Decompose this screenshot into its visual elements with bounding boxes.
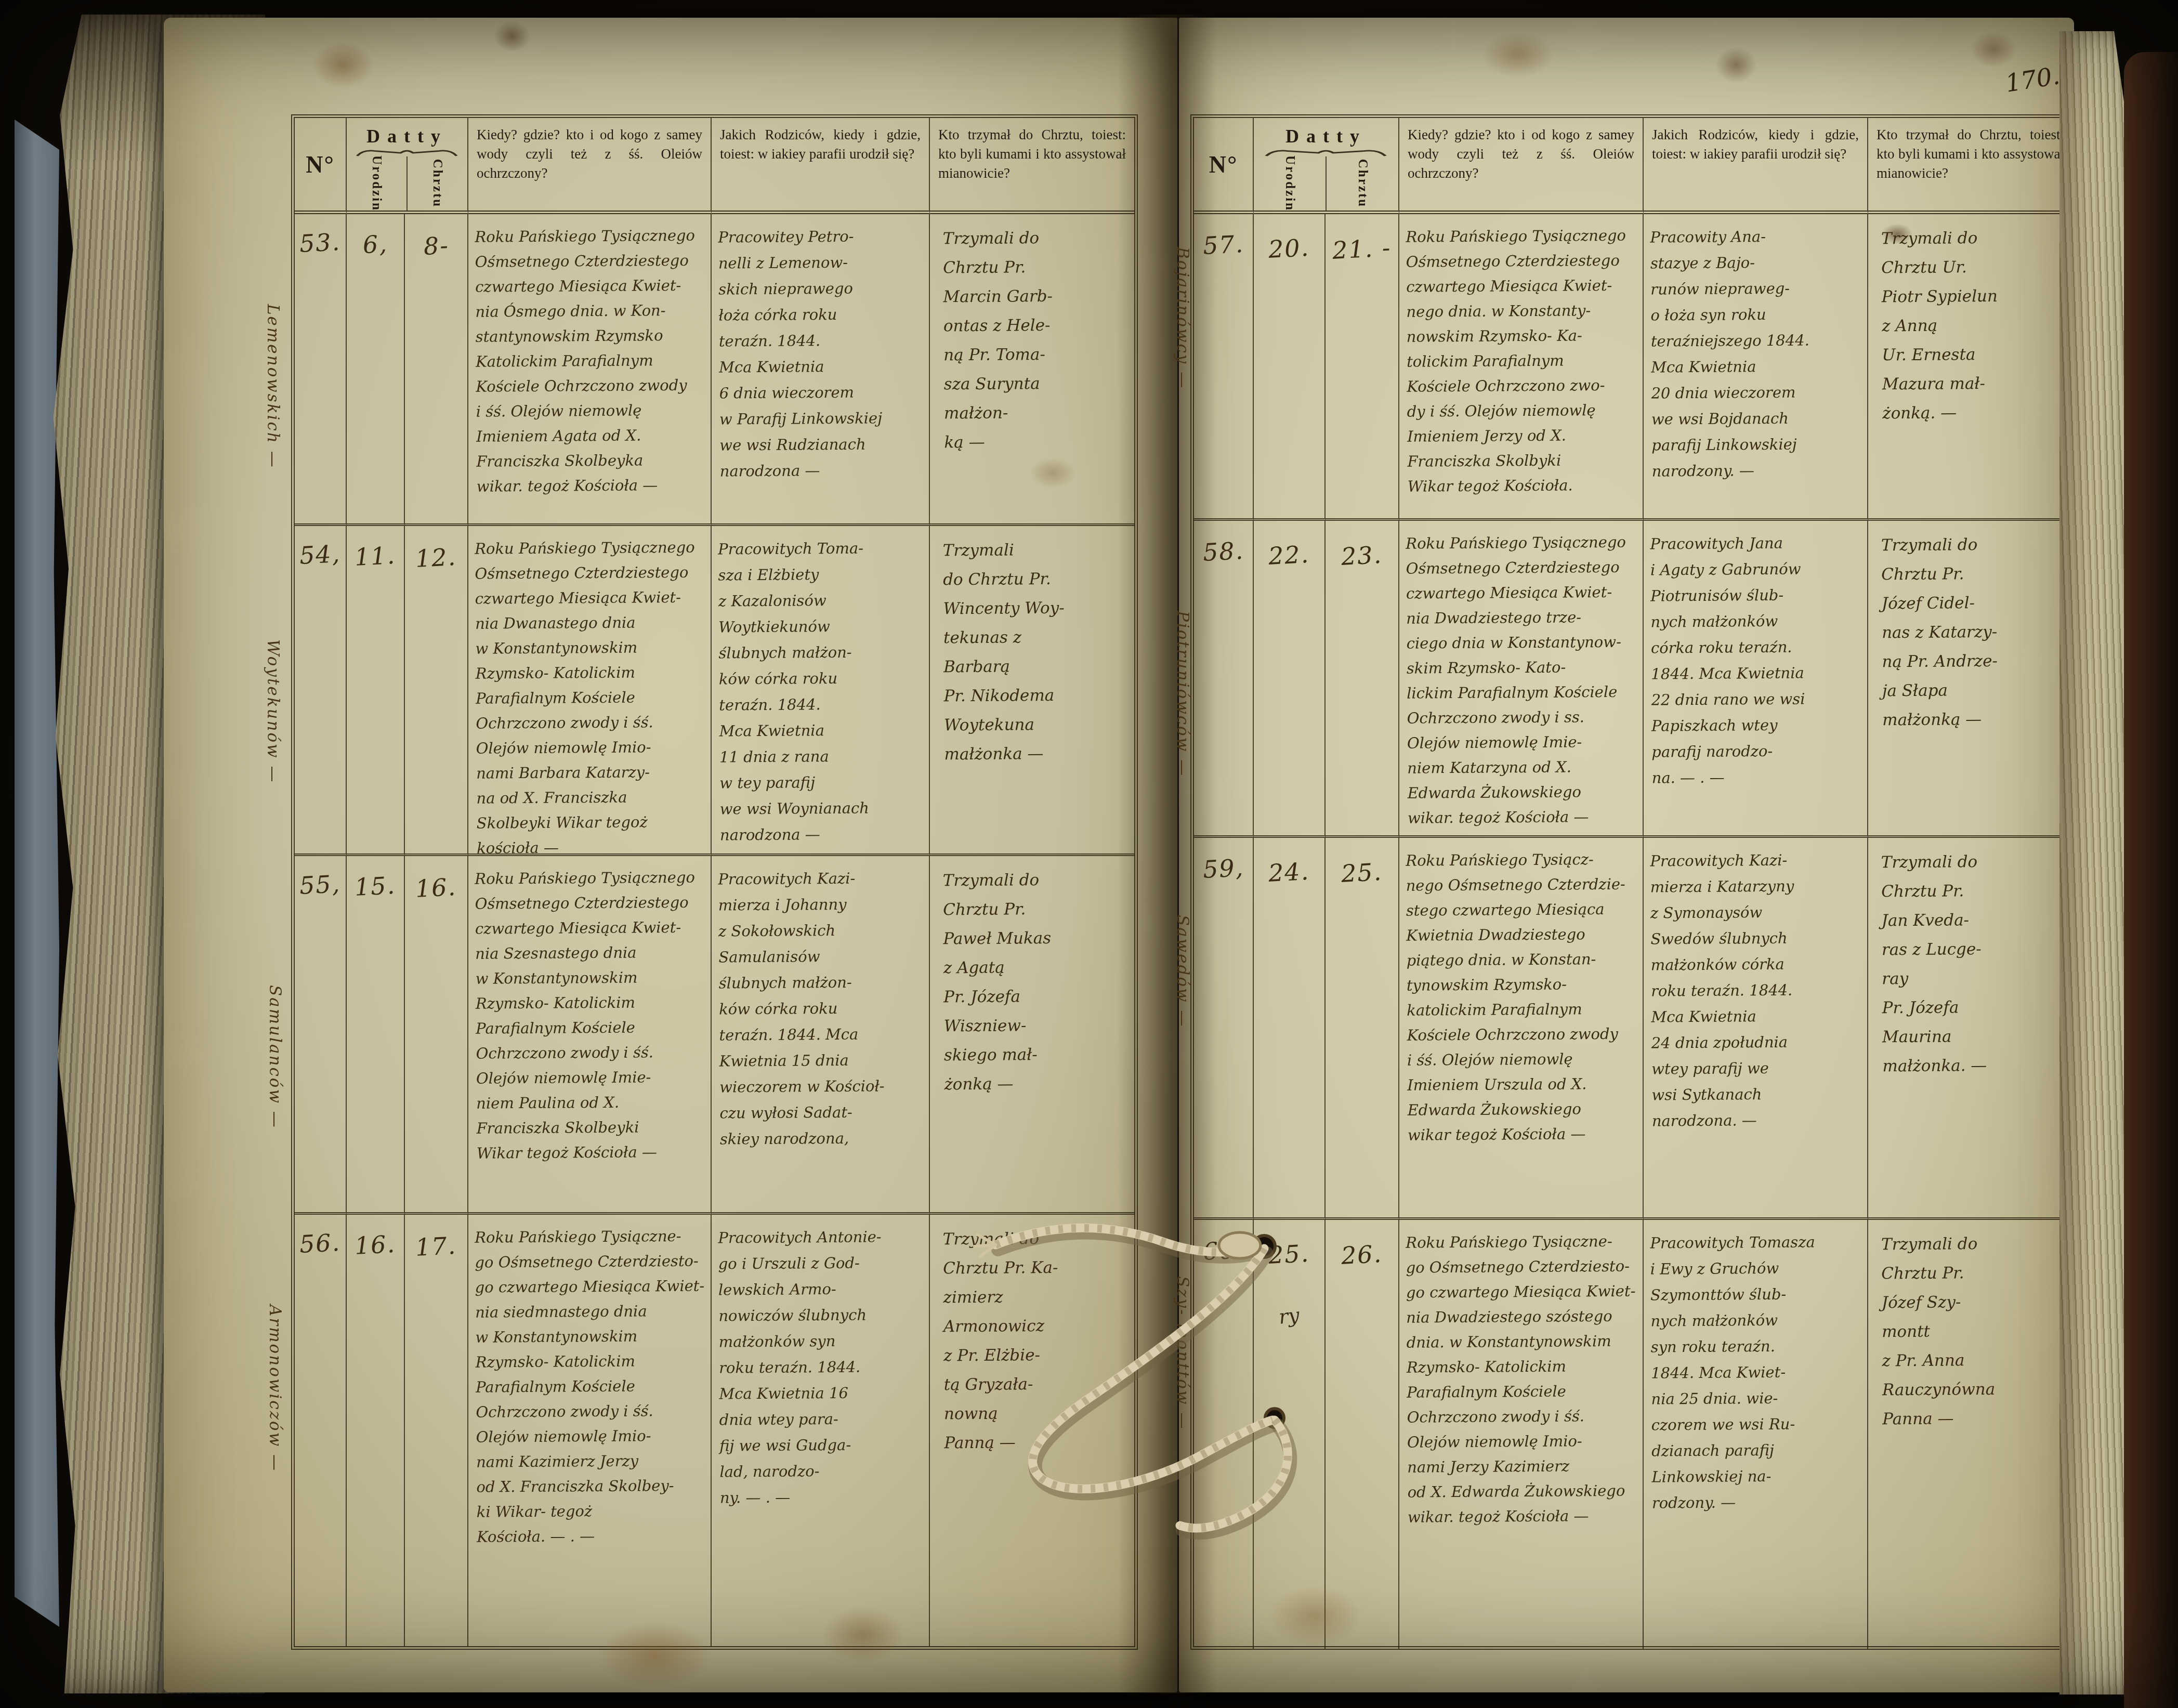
entry-60-birth-date: 25. <box>1268 1239 1310 1269</box>
entry-60-parents-text: Pracowitych Tomasza i Ewy z Gruchów Szym… <box>1643 1219 1886 1516</box>
entry-59-parents-text: Pracowitych Kazi- mierza i Katarzyny z S… <box>1643 837 1886 1134</box>
entry-59-baptism-cell: 25. <box>1326 838 1399 1220</box>
entry-53-baptism-cell: 8- <box>405 214 468 526</box>
entry-59-godparents-record: Trzymali do Chrztu Pr. Jan Kveda- ras z … <box>1868 838 2072 1220</box>
entry-60-baptism-cell: 26. <box>1326 1220 1399 1649</box>
entry-55-parents-text: Pracowitych Kazi- mierza i Johanny z Sok… <box>711 855 948 1152</box>
entry-55-number: 55, <box>299 870 342 900</box>
entry-56-number: 56. <box>299 1228 342 1258</box>
column-header-number-right: N° <box>1194 118 1254 214</box>
baptism-table-left: N° Datty Urodzin Chrztu Kiedy? gdzie? kt… <box>291 114 1138 1650</box>
entry-58-parents-record: Pracowitych Jana i Agaty z Gabrunów Piot… <box>1644 521 1868 838</box>
register-book-scan: N° Datty Urodzin Chrztu Kiedy? gdzie? kt… <box>0 0 2178 1708</box>
entry-58-baptism-text: Roku Pańskiego Tysiącznego Ośmsetnego Cz… <box>1398 520 1663 831</box>
dates-subcolumns-right: Urodzin Chrztu <box>1254 156 1398 211</box>
entry-58-number: 58. <box>1202 536 1245 567</box>
entry-57-parents-text: Pracowity Ana- stazye z Bajo- runów niep… <box>1643 213 1886 484</box>
entry-60-number: 60. <box>1202 1236 1245 1266</box>
column-header-baptism-right: Kiedy? gdzie? kto i od kogo z samey wody… <box>1399 118 1644 214</box>
entry-54-margin-note: Woytekunów — <box>264 639 282 784</box>
entry-56-number-cell: 56. <box>295 1215 347 1646</box>
entry-53-godparents-text: Trzymali do Chrztu Pr. Marcin Garb- onta… <box>929 213 1159 457</box>
entry-57-parents-record: Pracowity Ana- stazye z Bajo- runów niep… <box>1644 214 1868 521</box>
book-cover-edge <box>2124 52 2178 1708</box>
entry-53-parents-record: Pracowitey Petro- nelli z Lemenow- skich… <box>712 214 930 526</box>
entry-56-parents-text: Pracowitych Antonie- go i Urszuli z God-… <box>711 1214 948 1510</box>
entry-53-baptism-date: 8- <box>423 231 450 260</box>
entry-57-margin-note: Bojarinówcy — <box>1173 247 1192 389</box>
entry-54-birth-date: 11. <box>354 541 397 571</box>
entry-53-godparents-record: Trzymali do Chrztu Pr. Marcin Garb- onta… <box>930 214 1134 526</box>
entry-54-parents-record: Pracowitych Toma- sza i Elżbiety z Kazal… <box>712 526 930 856</box>
entry-59-number-cell: 59, <box>1194 838 1254 1220</box>
entry-59-margin-note: Sawedów — <box>1173 915 1192 1028</box>
entry-56-margin-note: Armonowiczów — <box>266 1305 284 1472</box>
entry-57-birth-date: 20. <box>1268 233 1310 264</box>
column-header-parents: Jakich Rodziców, kiedy i gdzie, toiest: … <box>712 118 930 214</box>
entry-54-baptism-date: 12. <box>415 543 457 573</box>
entry-53-margin-note: Lemenowskich — <box>264 304 282 469</box>
entry-56-baptism-date: 17. <box>415 1231 457 1262</box>
entry-54-godparents-record: Trzymali do Chrztu Pr. Wincenty Woy- tek… <box>930 526 1134 856</box>
entry-58-margin-note: Piotruniówców — <box>1173 611 1192 777</box>
entry-54-baptism-record: Roku Pańskiego Tysiącznego Ośmsetnego Cz… <box>468 526 712 856</box>
entry-55-baptism-date: 16. <box>415 873 457 903</box>
entry-59-birth-cell: 24. <box>1254 838 1326 1220</box>
entry-53-parents-text: Pracowitey Petro- nelli z Lemenow- skich… <box>711 213 948 484</box>
entry-56-baptism-text: Roku Pańskiego Tysiączne- go Ośmsetnego … <box>467 1214 731 1549</box>
entry-56-godparents-text: Trzymali do Chrztu Pr. Ka- zimierz Armon… <box>929 1214 1159 1457</box>
baptism-table-right: N° Datty Urodzin Chrztu Kiedy? gdzie? kt… <box>1190 114 2076 1650</box>
entry-57-godparents-record: Trzymali do Chrztu Ur. Piotr Sypielun z … <box>1868 214 2072 521</box>
entry-57-baptism-record: Roku Pańskiego Tysiącznego Ośmsetnego Cz… <box>1399 214 1644 521</box>
entry-60-margin-note: Szy- monttów — <box>1173 1276 1192 1430</box>
baptism-date-subheader-right: Chrztu <box>1326 156 1398 211</box>
entry-60-birth-cell: 25.ry <box>1254 1220 1326 1649</box>
entry-56-baptism-record: Roku Pańskiego Tysiączne- go Ośmsetnego … <box>468 1215 712 1646</box>
entry-59-baptism-text: Roku Pańskiego Tysiącz- nego Ośmsetnego … <box>1398 837 1663 1148</box>
column-header-parents-right: Jakich Rodziców, kiedy i gdzie, toiest: … <box>1644 118 1868 214</box>
entry-54-baptism-text: Roku Pańskiego Tysiącznego Ośmsetnego Cz… <box>467 525 731 860</box>
entry-57-number: 57. <box>1202 230 1245 260</box>
entry-55-baptism-text: Roku Pańskiego Tysiącznego Ośmsetnego Cz… <box>467 855 731 1165</box>
entry-59-baptism-date: 25. <box>1341 858 1383 888</box>
entry-54-parents-text: Pracowitych Toma- sza i Elżbiety z Kazal… <box>711 525 948 848</box>
entry-58-number-cell: 58. <box>1194 521 1254 838</box>
entry-60-birth-note: ry <box>1278 1304 1301 1329</box>
dates-group-label: Datty <box>347 118 467 147</box>
entry-58-baptism-record: Roku Pańskiego Tysiącznego Ośmsetnego Cz… <box>1399 521 1644 838</box>
entry-53-baptism-record: Roku Pańskiego Tysiącznego Ośmsetnego Cz… <box>468 214 712 526</box>
entry-59-number: 59, <box>1202 853 1245 884</box>
entry-55-parents-record: Pracowitych Kazi- mierza i Johanny z Sok… <box>712 856 930 1215</box>
entry-53-birth-cell: 6, <box>347 214 405 526</box>
dates-subcolumns: Urodzin Chrztu <box>347 156 467 211</box>
entry-54-godparents-text: Trzymali do Chrztu Pr. Wincenty Woy- tek… <box>929 525 1159 769</box>
entry-60-parents-record: Pracowitych Tomasza i Ewy z Gruchów Szym… <box>1644 1220 1868 1649</box>
entry-60-number-cell: 60. <box>1194 1220 1254 1649</box>
birth-date-label-right: Urodzin <box>1282 155 1297 212</box>
entry-55-baptism-cell: 16. <box>405 856 468 1215</box>
entry-55-baptism-record: Roku Pańskiego Tysiącznego Ośmsetnego Cz… <box>468 856 712 1215</box>
baptism-date-label-right: Chrztu <box>1355 159 1370 208</box>
column-header-godparents: Kto trzymał do Chrztu, toiest: kto byli … <box>930 118 1134 214</box>
entry-59-birth-date: 24. <box>1268 857 1310 887</box>
column-header-godparents-right: Kto trzymał do Chrztu, toiest: kto byli … <box>1868 118 2072 214</box>
column-header-number: N° <box>295 118 347 214</box>
entry-60-baptism-date: 26. <box>1341 1240 1383 1270</box>
entry-53-baptism-text: Roku Pańskiego Tysiącznego Ośmsetnego Cz… <box>467 213 730 498</box>
entry-57-baptism-date: 21. - <box>1332 233 1392 265</box>
birth-date-subheader-right: Urodzin <box>1254 156 1326 211</box>
column-header-dates-right: Datty Urodzin Chrztu <box>1254 118 1399 214</box>
entry-59-baptism-record: Roku Pańskiego Tysiącz- nego Ośmsetnego … <box>1399 838 1644 1220</box>
book-cloth-edge <box>15 120 59 1627</box>
entry-57-number-cell: 57. <box>1194 214 1254 521</box>
column-header-baptism: Kiedy? gdzie? kto i od kogo z samey wody… <box>468 118 712 214</box>
entry-56-birth-date: 16. <box>354 1230 397 1260</box>
entry-53-number-cell: 53. <box>295 214 347 526</box>
entry-60-baptism-record: Roku Pańskiego Tysiączne- go Ośmsetnego … <box>1399 1220 1644 1649</box>
entry-55-margin-note: Samulanców — <box>266 985 284 1129</box>
column-header-dates: Datty Urodzin Chrztu <box>347 118 468 214</box>
entry-57-baptism-text: Roku Pańskiego Tysiącznego Ośmsetnego Cz… <box>1398 213 1663 499</box>
entry-55-godparents-text: Trzymali do Chrztu Pr. Paweł Mukas z Aga… <box>929 855 1159 1099</box>
entry-59-parents-record: Pracowitych Kazi- mierza i Katarzyny z S… <box>1644 838 1868 1220</box>
entry-54-baptism-cell: 12. <box>405 526 468 856</box>
entry-54-number: 54, <box>299 540 342 570</box>
entry-57-birth-cell: 20. <box>1254 214 1326 521</box>
entry-55-birth-date: 15. <box>354 871 397 901</box>
entry-55-number-cell: 55, <box>295 856 347 1215</box>
entry-58-birth-cell: 22. <box>1254 521 1326 838</box>
entry-58-baptism-date: 23. <box>1341 541 1383 571</box>
baptism-date-label: Chrztu <box>430 159 444 208</box>
entry-58-parents-text: Pracowitych Jana i Agaty z Gabrunów Piot… <box>1643 520 1886 791</box>
entry-57-baptism-cell: 21. - <box>1326 214 1399 521</box>
entry-56-baptism-cell: 17. <box>405 1215 468 1646</box>
entry-56-birth-cell: 16. <box>347 1215 405 1646</box>
entry-55-godparents-record: Trzymali do Chrztu Pr. Paweł Mukas z Aga… <box>930 856 1134 1215</box>
entry-58-birth-date: 22. <box>1268 540 1310 570</box>
entry-54-number-cell: 54, <box>295 526 347 856</box>
birth-date-subheader: Urodzin <box>347 156 406 211</box>
entry-60-godparents-record: Trzymali do Chrztu Pr. Józef Szy- montt … <box>1868 1220 2072 1649</box>
baptism-date-subheader: Chrztu <box>406 156 467 211</box>
entry-53-number: 53. <box>299 228 342 258</box>
entry-56-godparents-record: Trzymali do Chrztu Pr. Ka- zimierz Armon… <box>930 1215 1134 1646</box>
entry-58-godparents-record: Trzymali do Chrztu Pr. Józef Cidel- nas … <box>1868 521 2072 838</box>
birth-date-label: Urodzin <box>370 155 384 212</box>
entry-53-birth-date: 6, <box>362 230 389 259</box>
entry-58-baptism-cell: 23. <box>1326 521 1399 838</box>
entry-56-parents-record: Pracowitych Antonie- go i Urszuli z God-… <box>712 1215 930 1646</box>
entry-54-birth-cell: 11. <box>347 526 405 856</box>
entry-55-birth-cell: 15. <box>347 856 405 1215</box>
entry-60-baptism-text: Roku Pańskiego Tysiączne- go Ośmsetnego … <box>1398 1219 1663 1530</box>
dates-group-label-right: Datty <box>1254 118 1398 147</box>
